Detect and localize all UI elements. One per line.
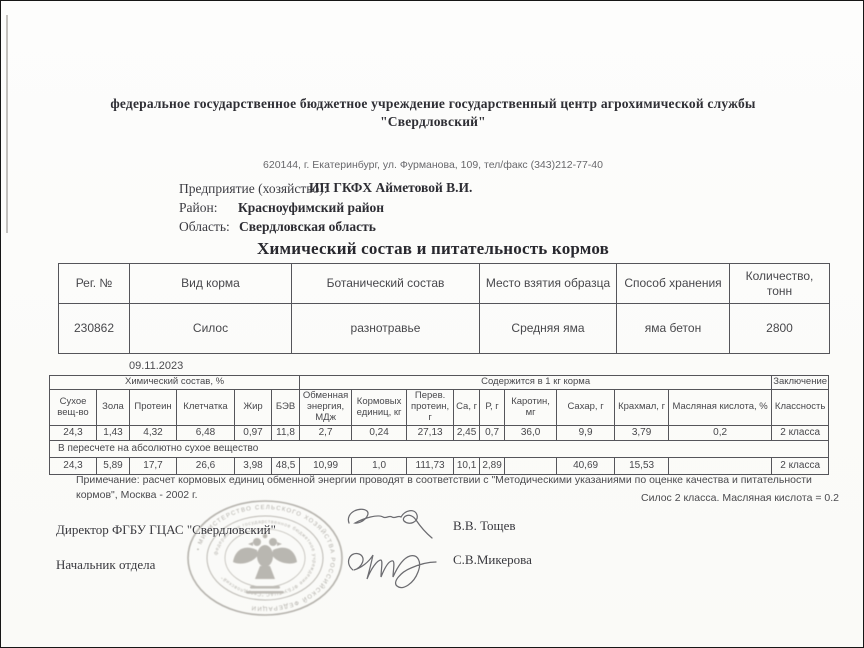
col-dry-matter: Сухое вещ-во [50, 390, 97, 426]
value-cell: 0,2 [669, 426, 772, 441]
col-fiber: Клетчатка [177, 390, 235, 426]
official-round-stamp: • МИНИСТЕРСТВО СЕЛЬСКОГО ХОЗЯЙСТВА РОССИ… [176, 491, 354, 648]
col-exchange-energy: Обменная энергия, МДж [300, 390, 352, 426]
col-starch: Крахмал, г [615, 390, 669, 426]
value-cell: 2,89 [480, 458, 505, 475]
value-cell-empty [505, 458, 557, 475]
enterprise-label: Предприятие (хозяйство): [179, 181, 328, 197]
value-cell-empty [669, 458, 772, 475]
district-value: Красноуфимский район [238, 200, 384, 216]
col-header-quantity: Количество, тонн [730, 264, 830, 304]
value-cell: 24,3 [50, 458, 97, 475]
class-cell: 2 класса [772, 426, 829, 441]
value-cell: 10,1 [454, 458, 480, 475]
department-head-title: Начальник отдела [56, 557, 155, 573]
value-cell: 5,89 [97, 458, 130, 475]
cell-feed-type: Силос [130, 304, 292, 354]
value-cell: 0,97 [235, 426, 272, 441]
col-ca: Са, г [454, 390, 480, 426]
col-feed-units: Кормовых единиц, кг [352, 390, 407, 426]
org-name-line1: федеральное государственное бюджетное уч… [1, 96, 864, 112]
sample-table: Рег. № Вид корма Ботанический состав Мес… [58, 263, 830, 354]
col-header-storage: Способ хранения [617, 264, 730, 304]
class-cell: 2 класса [772, 458, 829, 475]
col-header-sample-place: Место взятия образца [480, 264, 617, 304]
analysis-date: 09.11.2023 [129, 360, 183, 372]
dry-basis-values-row: 24,3 5,89 17,7 26,6 3,98 48,5 10,99 1,0 … [50, 458, 829, 475]
value-cell: 0,7 [480, 426, 505, 441]
value-cell: 3,98 [235, 458, 272, 475]
group-conclusion: Заключение [772, 376, 829, 390]
head-signature [349, 554, 436, 588]
col-protein: Протеин [130, 390, 177, 426]
value-cell: 4,32 [130, 426, 177, 441]
org-address: 620144, г. Екатеринбург, ул. Фурманова, … [1, 159, 864, 171]
director-signature [348, 509, 432, 538]
department-head-name: С.В.Микерова [453, 552, 532, 568]
cell-botanical: разнотравье [292, 304, 480, 354]
sample-table-row: 230862 Силос разнотравье Средняя яма яма… [59, 304, 830, 354]
director-name: В.В. Тощев [453, 518, 515, 534]
value-cell: 1,43 [97, 426, 130, 441]
value-cell: 48,5 [272, 458, 300, 475]
analysis-table: Химический состав, % Содержится в 1 кг к… [49, 375, 829, 475]
col-butyric-acid: Масляная кислота, % [669, 390, 772, 426]
value-cell: 6,48 [177, 426, 235, 441]
district-label: Район: [179, 200, 217, 216]
stamp-bottom-text-blur [246, 591, 284, 594]
col-header-feed-type: Вид корма [130, 264, 292, 304]
dry-basis-label: В пересчете на абсолютно сухое вещество [50, 441, 829, 458]
cell-reg-no: 230862 [59, 304, 130, 354]
region-label: Область: [179, 219, 230, 235]
analysis-header-row: Сухое вещ-во Зола Протеин Клетчатка Жир … [50, 390, 829, 426]
col-p: Р, г [480, 390, 505, 426]
document-page: федеральное государственное бюджетное уч… [0, 0, 864, 648]
value-cell: 15,53 [615, 458, 669, 475]
value-cell: 1,0 [352, 458, 407, 475]
col-digestible-protein: Перев. протеин, г [407, 390, 454, 426]
page-title: Химический состав и питательность кормов [1, 239, 864, 259]
col-fat: Жир [235, 390, 272, 426]
group-chemical-composition: Химический состав, % [50, 376, 300, 390]
value-cell: 2,45 [454, 426, 480, 441]
sample-table-header-row: Рег. № Вид корма Ботанический состав Мес… [59, 264, 830, 304]
value-cell: 26,6 [177, 458, 235, 475]
cell-sample-place: Средняя яма [480, 304, 617, 354]
cell-quantity: 2800 [730, 304, 830, 354]
col-nfe: БЭВ [272, 390, 300, 426]
enterprise-value: ИП ГКФХ Айметовой В.И. [309, 180, 472, 196]
value-cell: 17,7 [130, 458, 177, 475]
analysis-group-header-row: Химический состав, % Содержится в 1 кг к… [50, 376, 829, 390]
col-header-botanical: Ботанический состав [292, 264, 480, 304]
analysis-values-row: 24,3 1,43 4,32 6,48 0,97 11,8 2,7 0,24 2… [50, 426, 829, 441]
value-cell: 24,3 [50, 426, 97, 441]
value-cell: 10,99 [300, 458, 352, 475]
org-name-line2: "Свердловский" [1, 114, 864, 130]
value-cell: 40,69 [557, 458, 615, 475]
director-title: Директор ФГБУ ГЦАС "Свердловский" [56, 522, 276, 538]
value-cell: 0,24 [352, 426, 407, 441]
value-cell: 11,8 [272, 426, 300, 441]
signatures-overlay [331, 498, 461, 598]
value-cell: 111,73 [407, 458, 454, 475]
col-carotene: Каротин, мг [505, 390, 557, 426]
group-per-kg: Содержится в 1 кг корма [300, 376, 772, 390]
value-cell: 3,79 [615, 426, 669, 441]
col-header-reg-no: Рег. № [59, 264, 130, 304]
stamp-bottom-text-blur [250, 586, 280, 589]
class-summary: Силос 2 класса. Масляная кислота = 0.2 [641, 492, 839, 504]
cell-storage: яма бетон [617, 304, 730, 354]
value-cell: 36,0 [505, 426, 557, 441]
col-ash: Зола [97, 390, 130, 426]
note-line1: Примечание: расчет кормовых единиц обмен… [76, 473, 816, 488]
col-sugar: Сахар, г [557, 390, 615, 426]
eagle-emblem-icon [233, 534, 297, 579]
dry-basis-band: В пересчете на абсолютно сухое вещество [50, 441, 829, 458]
region-value: Свердловская область [239, 219, 376, 235]
value-cell: 9,9 [557, 426, 615, 441]
col-class: Классность [772, 390, 829, 426]
value-cell: 27,13 [407, 426, 454, 441]
value-cell: 2,7 [300, 426, 352, 441]
